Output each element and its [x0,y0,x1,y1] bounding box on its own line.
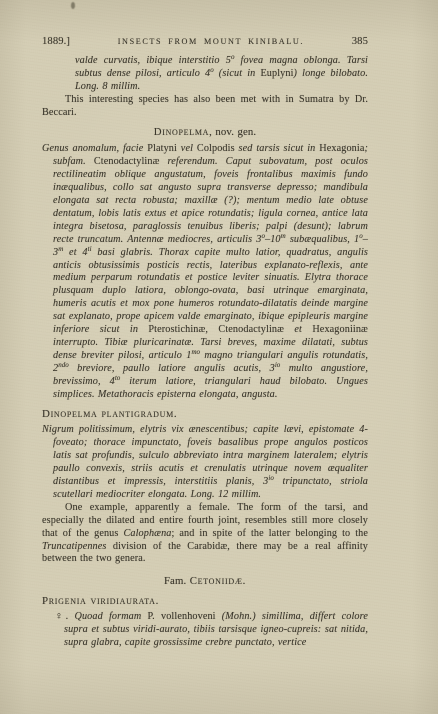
text-segment: Fam. [164,575,190,587]
paragraph: Genus anomalum, facie Platyni vel Colpod… [42,143,368,401]
text-segment: referendum. Caput subovatum, post oculos… [53,156,368,244]
text-segment: breviore, paullo latiore angulis acutis,… [69,363,275,374]
text-segment: sed tarsis sicut in [235,143,320,154]
text-segment: Euplyni [260,68,293,79]
paragraph: Nigrum politissimum, elytris vix ænescen… [42,424,368,501]
text-segment: Hexagonia [319,143,364,154]
scan-speck [71,2,75,9]
running-header-title: INSECTS FROM MOUNT KINIBALU. [70,36,352,49]
text-segment: Truncatipennes [42,541,107,552]
text-segment: Cetoniidæ. [190,575,246,587]
text-segment: Colpodis [197,143,235,154]
text-segment: subæqualibus, 1 [286,234,360,245]
text-segment: et 4 [63,247,87,258]
text-segment: Hexagoniinæ [312,324,368,335]
paragraph: This interesting species has also been m… [42,94,368,120]
text-segment: Platyni [147,143,177,154]
text-segment: vel [177,143,197,154]
text-segment: Quoad formam [74,611,147,622]
text-segment: , nov. gen. [209,126,256,138]
text-segment: (sicut in [214,68,261,79]
text-segment: ndo [58,361,69,369]
section-heading: Dinopelma, nov. gen. [42,126,368,139]
section-heading: Fam. Cetoniidæ. [42,575,368,588]
text-segment: basi glabris. Thorax capite multo latior… [53,247,368,335]
section-heading: Prigenia viridiaurata. [42,595,368,608]
running-header: 1889.] INSECTS FROM MOUNT KINIBALU. 385 [42,36,368,49]
paragraph: One example, apparently a female. The fo… [42,502,368,567]
paragraph: ♀. Quoad formam P. vollenhoveni (Mohn.) … [42,611,368,650]
text-segment: Dinopelma plantigradum. [42,408,177,420]
text-segment: ; and in spite of the latter belonging t… [172,528,368,539]
text-segment: ♀. [55,611,74,622]
running-header-year: 1889.] [42,36,70,49]
text-body: valde curvatis, ibique interstitio 5o fo… [42,55,368,650]
text-segment: Ctenodactylinæ [94,156,160,167]
text-segment: valde curvatis, ibique interstitio 5 [75,55,231,66]
section-heading: Dinopelma plantigradum. [42,408,368,421]
text-segment: Calophæna [123,528,171,539]
running-header-page-number: 385 [352,36,368,49]
paragraph: valde curvatis, ibique interstitio 5o fo… [75,55,368,94]
text-segment: Genus anomalum, facie [42,143,147,154]
page-content: 1889.] INSECTS FROM MOUNT KINIBALU. 385 … [42,36,368,650]
text-segment: This interesting species has also been m… [42,94,368,118]
text-segment: et [284,324,312,335]
scanned-book-page: 1889.] INSECTS FROM MOUNT KINIBALU. 385 … [0,0,438,714]
text-segment: Pterostichinæ, Ctenodactylinæ [148,324,284,335]
text-segment: P. vollenhoveni [148,611,216,622]
text-segment: Dinopelma [154,126,209,138]
text-segment: –10 [265,234,281,245]
text-segment: Prigenia viridiaurata. [42,595,159,607]
text-segment: mo [191,348,200,356]
